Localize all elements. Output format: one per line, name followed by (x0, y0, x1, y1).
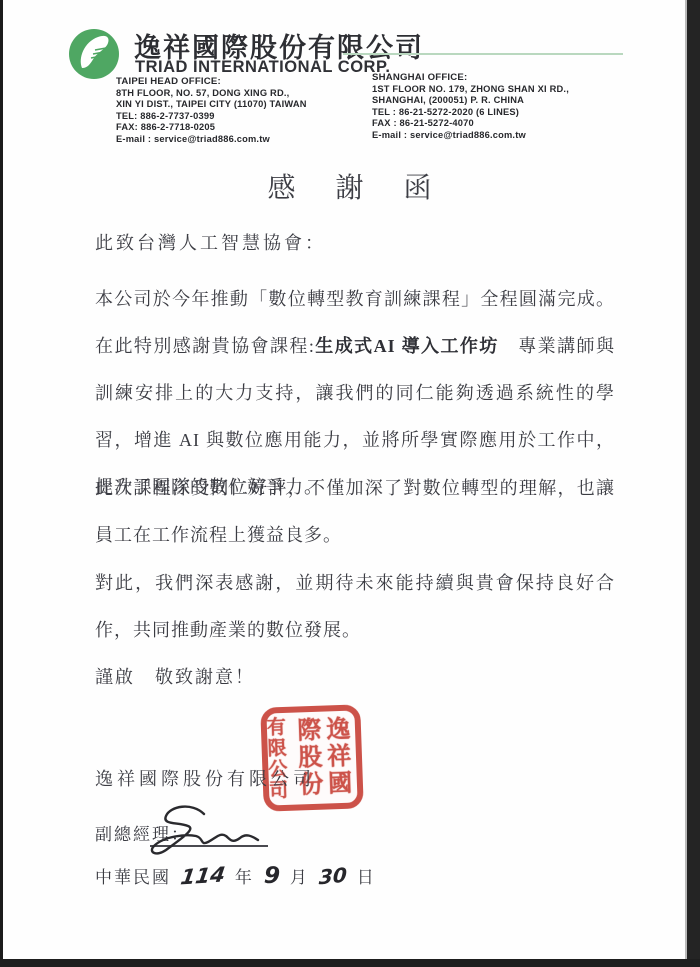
taipei-office-fax: FAX: 886-2-7718-0205 (116, 122, 307, 134)
company-seal-stamp: 有限公司 際股份 逸祥國 (260, 704, 364, 811)
date-line: 中華民國 114 年 9 月 30 日 (95, 863, 376, 889)
shanghai-office-address-line: 1ST FLOOR NO. 179, ZHONG SHAN XI RD., (372, 84, 569, 96)
taipei-office-email: E-mail : service@triad886.com.tw (116, 134, 307, 146)
taipei-office-tel: TEL: 886-2-7737-0399 (116, 111, 307, 123)
company-name-en: TRIAD INTERNATIONAL CORP. (135, 58, 390, 77)
letter-title: 感 謝 函 (95, 166, 610, 206)
date-day-unit: 日 (357, 863, 376, 888)
paragraph-2: 此次課程深受同仁好評，不僅加深了對數位轉型的理解，也讓員工在工作流程上獲益良多。 (95, 465, 615, 559)
header-divider-line (343, 53, 623, 55)
scan-edge-bottom (0, 959, 700, 967)
taipei-office-block: TAIPEI HEAD OFFICE: 8TH FLOOR, NO. 57, D… (116, 76, 307, 146)
shanghai-office-title: SHANGHAI OFFICE: (372, 72, 569, 84)
date-year-handwritten: 114 (179, 863, 227, 890)
closing-line: 謹啟 敬致謝意！ (95, 663, 255, 689)
shanghai-office-address-line: SHANGHAI, (200051) P. R. CHINA (372, 95, 569, 107)
seal-text-column: 逸祥國 (326, 716, 358, 798)
taipei-office-title: TAIPEI HEAD OFFICE: (116, 76, 307, 88)
date-month-unit: 月 (290, 863, 309, 888)
taipei-office-address-line: 8TH FLOOR, NO. 57, DONG XING RD., (116, 88, 307, 100)
signature-scribble (142, 800, 292, 860)
scan-edge-left (0, 0, 3, 960)
scan-edge-right (685, 0, 700, 967)
shanghai-office-tel: TEL : 86-21-5272-2020 (6 LINES) (372, 107, 569, 119)
footer-company-name: 逸祥國際股份有限公司 (95, 765, 315, 791)
taipei-office-address-line: XIN YI DIST., TAIPEI CITY (11070) TAIWAN (116, 99, 307, 111)
shanghai-office-block: SHANGHAI OFFICE: 1ST FLOOR NO. 179, ZHON… (372, 72, 569, 142)
paragraph-3: 對此，我們深表感謝，並期待未來能持續與貴會保持良好合作，共同推動產業的數位發展。 (95, 560, 615, 654)
date-day-handwritten: 30 (318, 863, 347, 890)
date-era-label: 中華民國 (95, 863, 171, 888)
date-month-handwritten: 9 (263, 863, 280, 890)
shanghai-office-fax: FAX : 86-21-5272-4070 (372, 118, 569, 130)
company-logo-icon (68, 28, 120, 80)
date-year-unit: 年 (235, 863, 254, 888)
course-name-bold: 生成式AI 導入工作坊 (315, 336, 499, 356)
scanned-letter-page: 逸祥國際股份有限公司 TRIAD INTERNATIONAL CORP. TAI… (0, 0, 700, 967)
salutation: 此致台灣人工智慧協會： (95, 229, 326, 255)
shanghai-office-email: E-mail : service@triad886.com.tw (372, 130, 569, 142)
